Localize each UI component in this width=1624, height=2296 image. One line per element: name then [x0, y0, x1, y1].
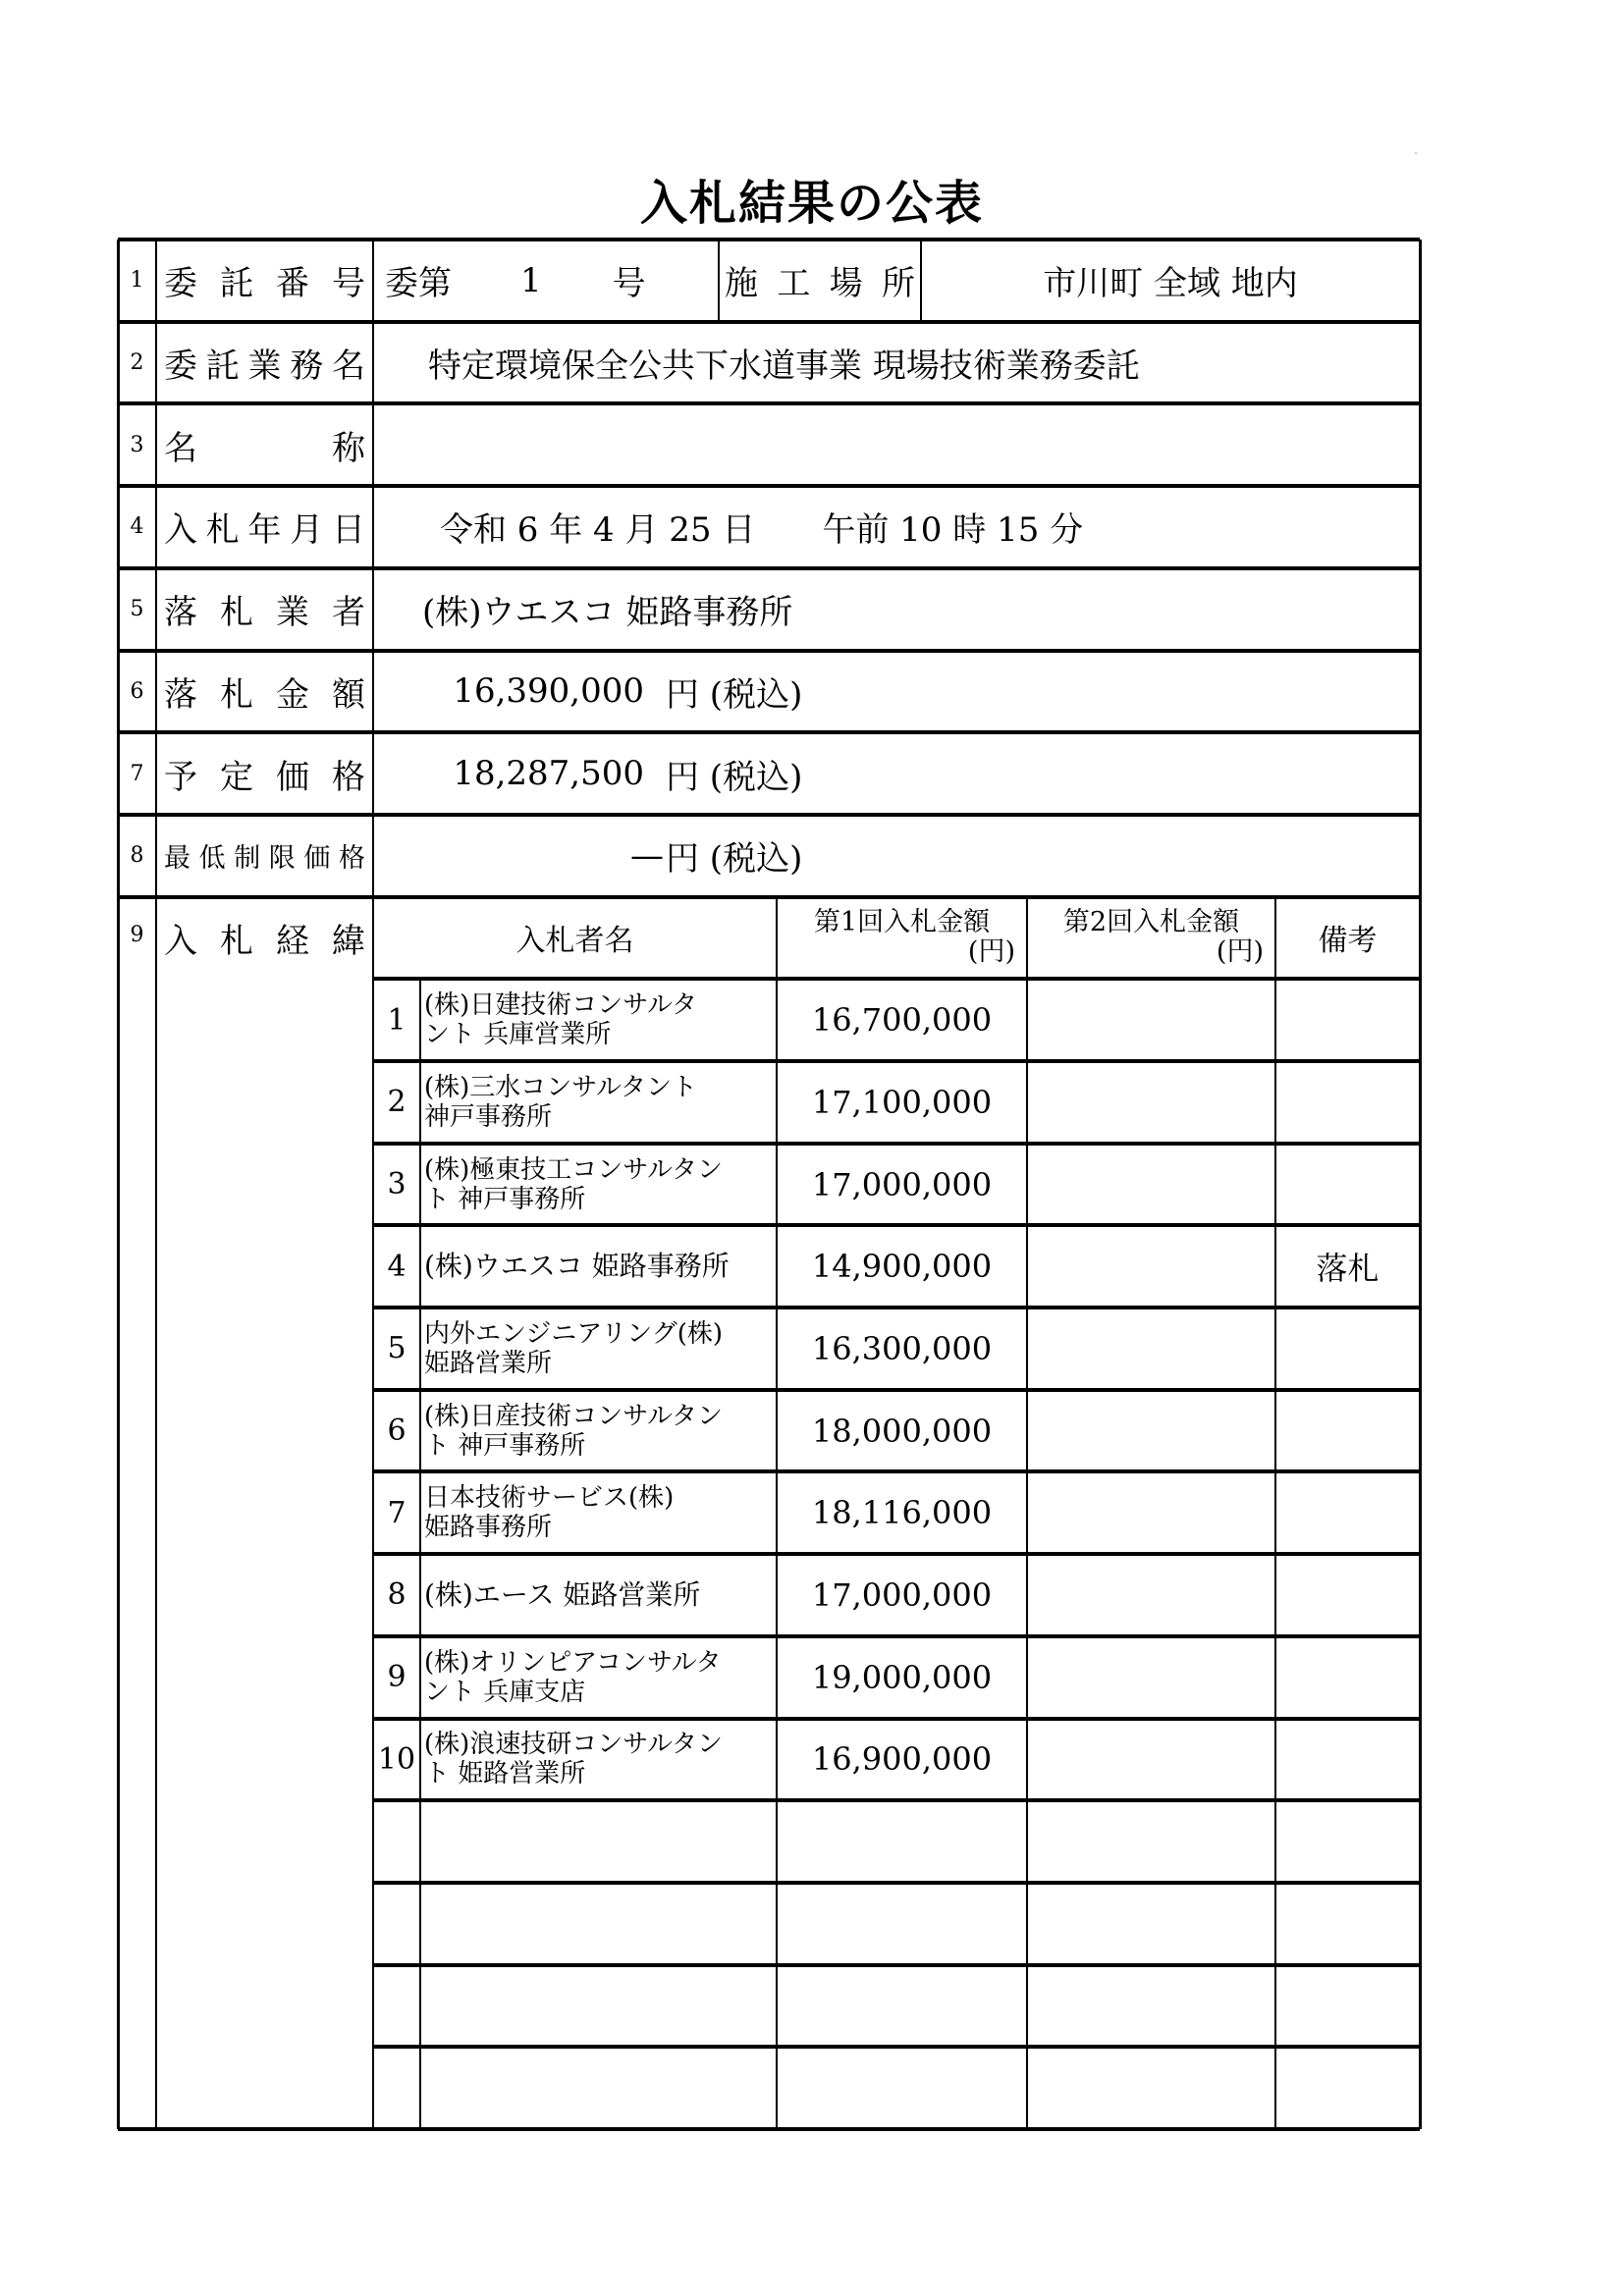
grid-line — [373, 1059, 1420, 1063]
round1-header-line2: (円) — [788, 937, 1015, 967]
grid-line — [419, 979, 421, 2129]
bidder-index-text: 4 — [387, 1250, 406, 1284]
bidder-name-header-text: 入札者名 — [516, 916, 634, 959]
grid-line — [373, 1717, 1420, 1721]
bidder-index — [373, 1965, 420, 2048]
remarks-cell — [1275, 1390, 1420, 1472]
grid-line — [118, 730, 1420, 734]
grid-line — [1419, 240, 1422, 2129]
round2-amount — [1027, 1390, 1275, 1472]
table-row-bidder-name: (株)極東技工コンサルタント 神戸事務所 — [420, 1144, 777, 1226]
row-label-char: 札 — [220, 667, 253, 716]
round1-amount-text: 17,000,000 — [812, 1576, 992, 1614]
remarks-cell — [1275, 1965, 1420, 2048]
bidder-index-text: 5 — [387, 1331, 406, 1365]
remarks-cell — [1275, 1719, 1420, 1801]
grid-line — [920, 240, 922, 322]
row-number: 1 — [118, 240, 156, 322]
row-number-text: 2 — [131, 350, 144, 375]
name-cell — [373, 403, 1420, 486]
site-value: 市川町 全域 地内 — [921, 240, 1420, 322]
row-label-char: 名 — [332, 339, 365, 387]
row-label-char: 格 — [339, 836, 365, 875]
remarks-cell — [1275, 1554, 1420, 1636]
round1-amount-text: 17,000,000 — [812, 1166, 992, 1203]
grid-line — [718, 240, 720, 322]
bidder-index: 5 — [373, 1308, 420, 1390]
row-label-char: 定 — [220, 750, 253, 798]
bidder-name-line2: ント 兵庫営業所 — [424, 1020, 611, 1049]
row-label: 落札金額 — [156, 651, 373, 733]
bidder-index: 4 — [373, 1225, 420, 1308]
bidder-index — [373, 2047, 420, 2129]
grid-line — [373, 977, 1420, 981]
table-row-bidder-name: (株)エース 姫路営業所 — [420, 1554, 777, 1636]
grid-line — [1274, 897, 1276, 2129]
amount-cell: 16,390,000円 (税込) — [373, 651, 1420, 733]
grid-line — [118, 813, 1420, 817]
round2-amount — [1027, 1308, 1275, 1390]
bidder-index: 9 — [373, 1636, 420, 1719]
round1-amount-text: 16,300,000 — [812, 1330, 992, 1367]
bidder-index — [373, 1800, 420, 1883]
round2-header-line2: (円) — [1039, 937, 1264, 967]
round1-amount: 16,700,000 — [777, 979, 1027, 1061]
remarks-cell — [1275, 1061, 1420, 1144]
amount-unit: 円 (税込) — [666, 667, 802, 716]
site-label-char: 所 — [882, 256, 915, 304]
site-label-char: 工 — [777, 256, 810, 304]
grid-line — [155, 240, 157, 2129]
winner-cell: (株)ウエスコ 姫路事務所 — [373, 568, 1420, 651]
round1-amount: 19,000,000 — [777, 1636, 1027, 1719]
grid-line — [373, 1798, 1420, 1802]
remarks-cell — [1275, 1308, 1420, 1390]
bidder-name-line2: ト 神戸事務所 — [424, 1185, 585, 1214]
bidder-name-line2: 姫路営業所 — [424, 1349, 552, 1378]
grid-line — [372, 240, 374, 2129]
amount-unit: 円 (税込) — [666, 750, 802, 798]
bidder-index: 8 — [373, 1554, 420, 1636]
row-label-char: 価 — [303, 836, 330, 875]
amount-cell: —円 (税込) — [373, 815, 1420, 897]
row-number: 5 — [118, 568, 156, 651]
grid-line — [117, 240, 120, 2129]
bidder-name-line1: 日本技術サービス(株) — [424, 1483, 674, 1513]
table-row-bidder-name: (株)オリンピアコンサルタント 兵庫支店 — [420, 1636, 777, 1719]
round1-amount: 16,900,000 — [777, 1719, 1027, 1801]
round1-amount — [777, 1965, 1027, 2048]
bidder-index — [373, 1883, 420, 1965]
row-number-text: 8 — [131, 843, 144, 868]
row-label-char: 者 — [332, 585, 365, 633]
row-label: 名称 — [156, 403, 373, 486]
row-label-char: 制 — [234, 836, 260, 875]
grid-line — [373, 1881, 1420, 1885]
row-label-char: 託 — [206, 339, 240, 387]
round1-amount: 17,100,000 — [777, 1061, 1027, 1144]
bidder-index-text: 8 — [387, 1577, 406, 1612]
row-label-char: 札 — [206, 503, 240, 551]
round1-amount — [777, 2047, 1027, 2129]
row-label-char: 入 — [164, 914, 197, 962]
round2-amount — [1027, 1800, 1275, 1883]
bidder-index: 3 — [373, 1144, 420, 1226]
row-number-text: 7 — [131, 762, 144, 786]
grid-line — [118, 320, 1420, 324]
row-label: 委託業務名 — [156, 322, 373, 404]
round1-amount-text: 16,900,000 — [812, 1740, 992, 1778]
amount-unit: 円 (税込) — [666, 831, 802, 880]
bidder-name-line1: (株)ウエスコ 姫路事務所 — [424, 1252, 730, 1281]
bidder-name-line1: (株)三水コンサルタント — [424, 1073, 697, 1102]
round2-amount — [1027, 1554, 1275, 1636]
round1-amount: 17,000,000 — [777, 1554, 1027, 1636]
row-number-text: 1 — [131, 268, 144, 293]
bidder-index-text: 7 — [387, 1496, 406, 1530]
page-title: 入札結果の公表 — [0, 165, 1624, 233]
bidder-index: 7 — [373, 1471, 420, 1554]
row-number-text: 9 — [131, 923, 144, 947]
row-label-char: 札 — [220, 914, 253, 962]
row-label-char: 番 — [276, 256, 309, 304]
amount-value: 16,390,000 — [373, 671, 644, 711]
row-label-char: 業 — [248, 339, 282, 387]
bid-date-cell: 令和 6 年 4 月 25 日 午前 10 時 15 分 — [373, 486, 1420, 568]
amount-value: 18,287,500 — [373, 754, 644, 793]
round1-amount: 14,900,000 — [777, 1225, 1027, 1308]
site-label: 施工場所 — [719, 240, 921, 322]
row-label-char: 委 — [164, 256, 197, 304]
round1-amount: 18,116,000 — [777, 1471, 1027, 1554]
bid-date: 令和 6 年 4 月 25 日 午前 10 時 15 分 — [440, 503, 1083, 551]
round1-amount: 17,000,000 — [777, 1144, 1027, 1226]
bidder-name-line1: (株)極東技工コンサルタン — [424, 1155, 723, 1185]
bidder-name-line2: 姫路事務所 — [424, 1513, 552, 1542]
row-number-text: 6 — [131, 679, 144, 704]
round2-amount — [1027, 2047, 1275, 2129]
table-row-bidder-name — [420, 1965, 777, 2048]
row-label-char: 年 — [248, 503, 282, 551]
amount-value: — — [373, 836, 664, 876]
row-label-char: 最 — [164, 836, 190, 875]
round2-amount — [1027, 1965, 1275, 2048]
row-number-text: 5 — [131, 597, 144, 621]
bidder-index: 1 — [373, 979, 420, 1061]
remarks-cell — [1275, 1883, 1420, 1965]
contract-number-suffix: 号 — [613, 256, 646, 304]
site-label-char: 場 — [830, 256, 863, 304]
grid-line — [776, 897, 778, 2129]
remarks-cell — [1275, 2047, 1420, 2129]
row-label-char: 格 — [332, 750, 365, 798]
bidder-index: 10 — [373, 1719, 420, 1801]
contract-number-prefix: 委第 — [385, 256, 452, 304]
row-number: 9 — [118, 897, 156, 980]
row-label-char: 緯 — [332, 914, 365, 962]
service-name-cell: 特定環境保全公共下水道事業 現場技術業務委託 — [373, 322, 1420, 404]
table-row-bidder-name: (株)日産技術コンサルタント 神戸事務所 — [420, 1390, 777, 1472]
remarks-cell: 落札 — [1275, 1225, 1420, 1308]
remarks-header-text: 備考 — [1319, 916, 1378, 959]
row-label: 入札年月日 — [156, 486, 373, 568]
round1-amount-text: 19,000,000 — [812, 1659, 992, 1696]
row-number: 7 — [118, 732, 156, 815]
site-value-text: 市川町 全域 地内 — [1043, 256, 1298, 304]
amount-cell: 18,287,500円 (税込) — [373, 732, 1420, 815]
row-number: 3 — [118, 403, 156, 486]
bidder-index-text: 2 — [387, 1085, 406, 1119]
bidder-index-text: 1 — [387, 1003, 406, 1038]
row-label-char: 月 — [290, 503, 323, 551]
bidder-index-text: 10 — [378, 1742, 415, 1777]
contract-number-cell: 委第1号 — [373, 240, 719, 322]
bidder-name-line2: 神戸事務所 — [424, 1102, 552, 1132]
bidder-name-line1: (株)浪速技研コンサルタン — [424, 1730, 723, 1759]
grid-line — [118, 2127, 1420, 2131]
grid-line — [1026, 897, 1028, 2129]
row-label-char: 日 — [332, 503, 365, 551]
table-row-bidder-name: 内外エンジニアリング(株)姫路営業所 — [420, 1308, 777, 1390]
winning-bidder: (株)ウエスコ 姫路事務所 — [422, 585, 792, 633]
row-label: 最低制限価格 — [156, 815, 373, 897]
round1-amount-text: 16,700,000 — [812, 1001, 992, 1039]
round2-amount — [1027, 1471, 1275, 1554]
round1-amount: 16,300,000 — [777, 1308, 1027, 1390]
grid-line — [118, 484, 1420, 488]
grid-line — [373, 1388, 1420, 1392]
grid-line — [118, 566, 1420, 570]
scan-speck — [1415, 152, 1417, 154]
row-label-char: 札 — [220, 585, 253, 633]
bidder-index-text: 6 — [387, 1414, 406, 1448]
row-label-char: 経 — [276, 914, 309, 962]
row-label-char: 価 — [276, 750, 309, 798]
row-number: 6 — [118, 651, 156, 733]
row-label-char: 限 — [269, 836, 296, 875]
grid-line — [373, 2045, 1420, 2049]
row-number: 4 — [118, 486, 156, 568]
table-row-bidder-name: (株)日建技術コンサルタント 兵庫営業所 — [420, 979, 777, 1061]
round2-amount — [1027, 1883, 1275, 1965]
remarks-header: 備考 — [1275, 897, 1420, 980]
grid-line — [373, 1223, 1420, 1227]
round2-amount — [1027, 1144, 1275, 1226]
row-label-left: 名 — [164, 421, 197, 469]
row-label-char: 落 — [164, 585, 197, 633]
remarks-cell — [1275, 979, 1420, 1061]
grid-line — [373, 1142, 1420, 1146]
table-row-bidder-name: (株)ウエスコ 姫路事務所 — [420, 1225, 777, 1308]
round1-amount-text: 17,100,000 — [812, 1084, 992, 1121]
grid-line — [118, 649, 1420, 653]
table-row-bidder-name: (株)三水コンサルタント神戸事務所 — [420, 1061, 777, 1144]
table-row-bidder-name — [420, 2047, 777, 2129]
round1-amount: 18,000,000 — [777, 1390, 1027, 1472]
row-label-char: 入 — [164, 503, 197, 551]
contract-number-value: 1 — [520, 261, 542, 300]
round1-header: 第1回入札金額(円) — [777, 897, 1027, 980]
remarks-cell — [1275, 1144, 1420, 1226]
row-label: 委託番号 — [156, 240, 373, 322]
round1-amount — [777, 1883, 1027, 1965]
row-number: 2 — [118, 322, 156, 404]
row-label-char: 予 — [164, 750, 197, 798]
table-row-bidder-name: (株)浪速技研コンサルタント 姫路営業所 — [420, 1719, 777, 1801]
round2-amount — [1027, 1061, 1275, 1144]
row-label-char: 低 — [199, 836, 226, 875]
row-label-char: 号 — [332, 256, 365, 304]
bidder-index: 2 — [373, 1061, 420, 1144]
row-label: 入札経緯 — [156, 897, 373, 980]
bidder-name-line1: (株)オリンピアコンサルタ — [424, 1648, 722, 1678]
grid-line — [373, 1469, 1420, 1473]
grid-line — [118, 401, 1420, 405]
remarks-cell — [1275, 1636, 1420, 1719]
site-label-char: 施 — [725, 256, 758, 304]
bidder-name-line1: (株)日建技術コンサルタ — [424, 990, 697, 1020]
grid-line — [118, 895, 1420, 899]
bidder-name-line2: ント 兵庫支店 — [424, 1678, 585, 1707]
round2-amount — [1027, 1719, 1275, 1801]
table-row-bidder-name — [420, 1883, 777, 1965]
bidder-index-text: 3 — [387, 1167, 406, 1201]
row-label-char: 託 — [220, 256, 253, 304]
bidder-name-line2: ト 神戸事務所 — [424, 1431, 585, 1461]
row-label: 予定価格 — [156, 732, 373, 815]
row-label-char: 委 — [164, 339, 197, 387]
bidder-name-line2: ト 姫路営業所 — [424, 1759, 585, 1789]
bidder-name-header: 入札者名 — [373, 897, 777, 980]
row-label-char: 落 — [164, 667, 197, 716]
grid-line — [118, 238, 1420, 241]
round2-amount — [1027, 1225, 1275, 1308]
round2-amount — [1027, 979, 1275, 1061]
table-row-bidder-name — [420, 1800, 777, 1883]
round1-header-line1: 第1回入札金額 — [788, 908, 1015, 937]
row-label-char: 額 — [332, 667, 365, 716]
bidder-name-line1: 内外エンジニアリング(株) — [424, 1319, 723, 1349]
row-label: 落札業者 — [156, 568, 373, 651]
remarks-cell — [1275, 1800, 1420, 1883]
service-name: 特定環境保全公共下水道事業 現場技術業務委託 — [428, 339, 1140, 387]
row-label-char: 業 — [276, 585, 309, 633]
round2-header-line1: 第2回入札金額 — [1039, 908, 1264, 937]
round2-amount — [1027, 1636, 1275, 1719]
grid-line — [373, 1306, 1420, 1309]
round1-amount — [777, 1800, 1027, 1883]
bidder-index: 6 — [373, 1390, 420, 1472]
bidder-name-line1: (株)日産技術コンサルタン — [424, 1402, 723, 1431]
round1-amount-text: 18,116,000 — [812, 1494, 992, 1531]
row-label-right: 称 — [332, 421, 365, 469]
grid-line — [373, 1552, 1420, 1556]
bidder-name-line1: (株)エース 姫路営業所 — [424, 1580, 700, 1610]
remarks-cell — [1275, 1471, 1420, 1554]
row-label-char: 金 — [276, 667, 309, 716]
round1-amount-text: 14,900,000 — [812, 1248, 992, 1285]
row-label-char: 務 — [290, 339, 323, 387]
row-number-text: 4 — [131, 514, 144, 539]
grid-line — [373, 1634, 1420, 1638]
table-row-bidder-name: 日本技術サービス(株)姫路事務所 — [420, 1471, 777, 1554]
grid-line — [373, 1963, 1420, 1967]
round2-header: 第2回入札金額(円) — [1027, 897, 1275, 980]
row-number: 8 — [118, 815, 156, 897]
round1-amount-text: 18,000,000 — [812, 1413, 992, 1450]
bidder-index-text: 9 — [387, 1660, 406, 1694]
row-number-text: 3 — [131, 433, 144, 457]
remarks-text: 落札 — [1316, 1244, 1379, 1289]
